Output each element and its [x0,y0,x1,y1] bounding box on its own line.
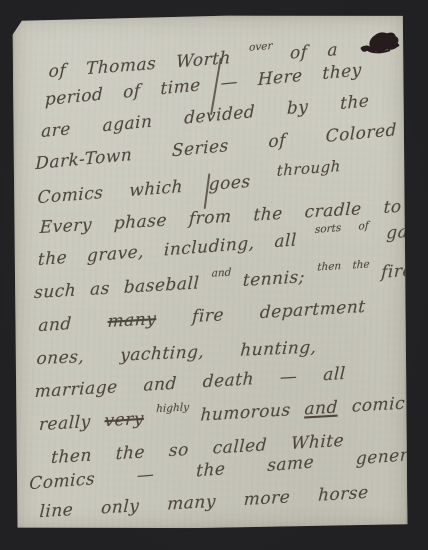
manuscript-line-9: and many fire department [38,297,366,336]
word: tennis; [242,267,305,291]
word: same [267,452,314,476]
word: by [287,97,309,119]
manuscript-line-11: marriage and death — all [34,364,346,402]
word: really [38,412,91,435]
word: phase [113,211,167,234]
word: period [45,84,104,110]
word: Comics [29,469,95,494]
word: horse [318,483,369,506]
word: highly [156,401,189,415]
word: of [268,131,286,153]
word: — [220,72,238,94]
word: Here [258,66,303,90]
word: Series [172,136,229,161]
word: they [322,60,362,84]
word: humorous [200,400,291,425]
word: and [143,374,177,396]
word: many [107,309,157,332]
word: yachting, [120,342,205,366]
manuscript-page: of Thomas Worth over of a long period of… [12,14,407,530]
word: department [259,297,366,323]
word: again [102,112,152,137]
word: all [274,230,297,252]
word: marriage [34,377,118,402]
word: very [104,409,144,431]
word: of [48,61,66,82]
word: so [168,440,189,461]
word: as [90,279,111,300]
manuscript-line-5: Comics which goes through [37,165,341,208]
word: ones, [36,347,85,369]
word: time [160,75,201,99]
word: of [123,81,141,103]
word: a [327,40,338,61]
word: over [249,40,273,54]
word: line [39,500,74,522]
word: called [212,435,267,458]
word: baseball [123,273,200,298]
word: only [101,496,140,518]
word: are [41,119,71,142]
word: comic [351,394,405,417]
word: the [253,204,283,226]
word: fire [192,305,225,327]
word: many [167,492,217,515]
word: such [34,281,77,304]
word: through [276,157,341,180]
word: grave, [87,242,145,266]
word: the [115,442,145,464]
ink-blot-icon [360,27,401,56]
word: cradle [304,199,362,222]
word: Every [39,215,92,238]
word: Comics [37,183,103,208]
word: the [196,459,226,481]
word: of [290,42,308,63]
word: more [243,487,290,510]
word: which [129,177,183,201]
word: then the [317,258,370,273]
word: and [304,398,338,420]
word: — [137,465,155,486]
word: goes [209,172,251,195]
word: and [211,266,231,279]
word: — [279,367,297,388]
word: then [51,446,93,468]
word: Worth [176,48,231,72]
word: from [188,207,232,230]
word: death [202,369,254,392]
word: Thomas [86,54,157,79]
word: Colored [326,120,397,147]
word: sorts of [315,220,369,236]
word: and [38,314,72,336]
word: the [340,91,369,114]
word: the [38,248,68,270]
word: all [323,364,346,385]
word: devided [184,102,255,129]
manuscript-line-8: such as baseball and tennis; then the fi… [34,260,428,303]
manuscript-line-10: ones, yachting, hunting, [36,338,317,370]
word: hunting, [240,338,318,361]
word: to [383,197,402,218]
word: including, [164,234,255,261]
word: Dark-Town [35,145,132,174]
